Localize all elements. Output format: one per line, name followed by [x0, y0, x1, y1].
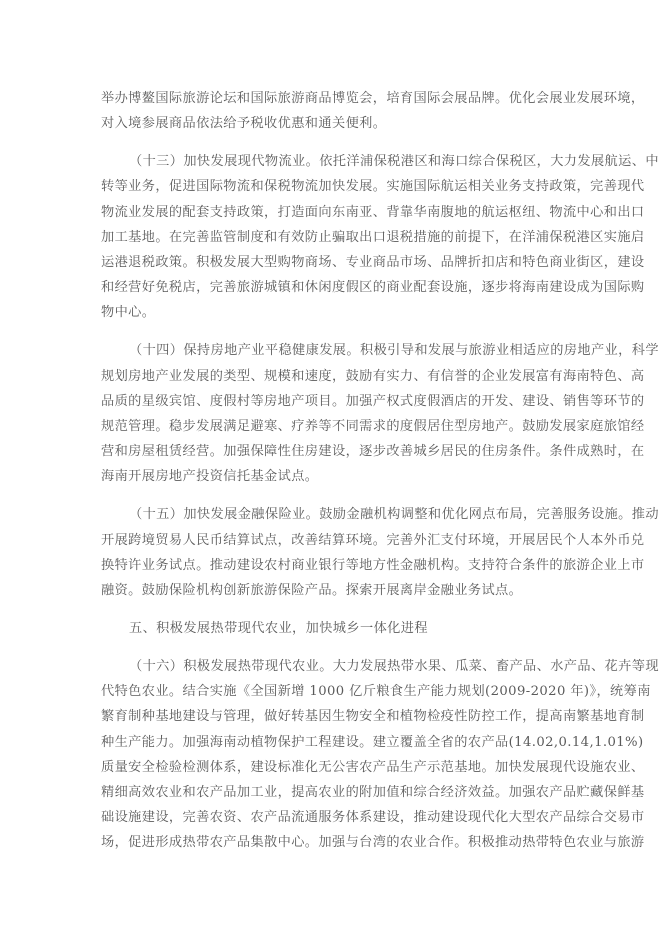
text-line: 运港退税政策。积极发展大型购物商场、专业商品市场、品牌折扣店和特色商业街区，建设 — [101, 250, 563, 275]
text-line: 举办博鳌国际旅游论坛和国际旅游商品博览会，培育国际会展品牌。优化会展业发展环境， — [101, 86, 563, 111]
text-line: 精细高效农业和农产品加工业，提高农业的附加值和综合经济效益。加强农产品贮藏保鲜基 — [101, 780, 563, 805]
text-line: 对入境参展商品依法给予税收优惠和通关便利。 — [101, 111, 563, 136]
paragraph-15-finance: （十五）加快发展金融保险业。鼓励金融机构调整和优化网点布局，完善服务设施。推动 … — [101, 502, 563, 603]
paragraph-16-agriculture: （十六）积极发展热带现代农业。大力发展热带水果、瓜菜、畜产品、水产品、花卉等现 … — [101, 654, 563, 856]
text-line: 开展跨境贸易人民币结算试点，改善结算环境。完善外汇支付环境，开展居民个人本外币兑 — [101, 528, 563, 553]
paragraph-continuation: 举办博鳌国际旅游论坛和国际旅游商品博览会，培育国际会展品牌。优化会展业发展环境，… — [101, 86, 563, 136]
paragraph-14-real-estate: （十四）保持房地产业平稳健康发展。积极引导和发展与旅游业相适应的房地产业，科学 … — [101, 338, 563, 489]
text-line: 繁育制种基地建设与管理，做好转基因生物安全和植物检疫性防控工作，提高南繁基地育制 — [101, 704, 563, 729]
text-line: 种生产能力。加强海南动植物保护工程建设。建立覆盖全省的农产品(14.02,0.1… — [101, 730, 563, 755]
text-line: 础设施建设，完善农资、农产品流通服务体系建设，推动建设现代化大型农产品综合交易市 — [101, 805, 563, 830]
text-line: 规划房地产业发展的类型、规模和速度，鼓励有实力、有信誉的企业发展富有海南特色、高 — [101, 364, 563, 389]
text-line: 转等业务，促进国际物流和保税物流加快发展。实施国际航运相关业务支持政策，完善现代 — [101, 174, 563, 199]
document-page: 举办博鳌国际旅游论坛和国际旅游商品博览会，培育国际会展品牌。优化会展业发展环境，… — [101, 86, 563, 868]
paragraph-13-logistics: （十三）加快发展现代物流业。依托洋浦保税港区和海口综合保税区，大力发展航运、中 … — [101, 149, 563, 325]
text-line: （十五）加快发展金融保险业。鼓励金融机构调整和优化网点布局，完善服务设施。推动 — [101, 502, 563, 527]
text-line: 质量安全检验检测体系，建设标准化无公害农产品生产示范基地。加快发展现代设施农业、 — [101, 755, 563, 780]
text-line: 换特许业务试点。推动建设农村商业银行等地方性金融机构。支持符合条件的旅游企业上市 — [101, 553, 563, 578]
text-line: 代特色农业。结合实施《全国新增 1000 亿斤粮食生产能力规划(2009-202… — [101, 679, 563, 704]
text-line: 和经营好免税店，完善旅游城镇和休闲度假区的商业配套设施，逐步将海南建设成为国际购 — [101, 275, 563, 300]
section-heading: 五、积极发展热带现代农业，加快城乡一体化进程 — [101, 616, 563, 641]
text-line: 融资。鼓励保险机构创新旅游保险产品。探索开展离岸金融业务试点。 — [101, 578, 563, 603]
text-line: （十三）加快发展现代物流业。依托洋浦保税港区和海口综合保税区，大力发展航运、中 — [101, 149, 563, 174]
text-line: 营和房屋租赁经营。加强保障性住房建设，逐步改善城乡居民的住房条件。条件成熟时，在 — [101, 439, 563, 464]
text-line: 加工基地。在完善监管制度和有效防止骗取出口退税措施的前提下，在洋浦保税港区实施启 — [101, 225, 563, 250]
text-line: 物中心。 — [101, 300, 563, 325]
text-line: 海南开展房地产投资信托基金试点。 — [101, 464, 563, 489]
text-line: 规范管理。稳步发展满足避寒、疗养等不同需求的度假居住型房地产。鼓励发展家庭旅馆经 — [101, 414, 563, 439]
text-line: （十四）保持房地产业平稳健康发展。积极引导和发展与旅游业相适应的房地产业，科学 — [101, 338, 563, 363]
text-line: （十六）积极发展热带现代农业。大力发展热带水果、瓜菜、畜产品、水产品、花卉等现 — [101, 654, 563, 679]
text-line: 物流业发展的配套支持政策，打造面向东南亚、背靠华南腹地的航运枢纽、物流中心和出口 — [101, 200, 563, 225]
text-line: 场，促进形成热带农产品集散中心。加强与台湾的农业合作。积极推动热带特色农业与旅游 — [101, 830, 563, 855]
text-line: 品质的星级宾馆、度假村等房地产项目。加强产权式度假酒店的开发、建设、销售等环节的 — [101, 389, 563, 414]
